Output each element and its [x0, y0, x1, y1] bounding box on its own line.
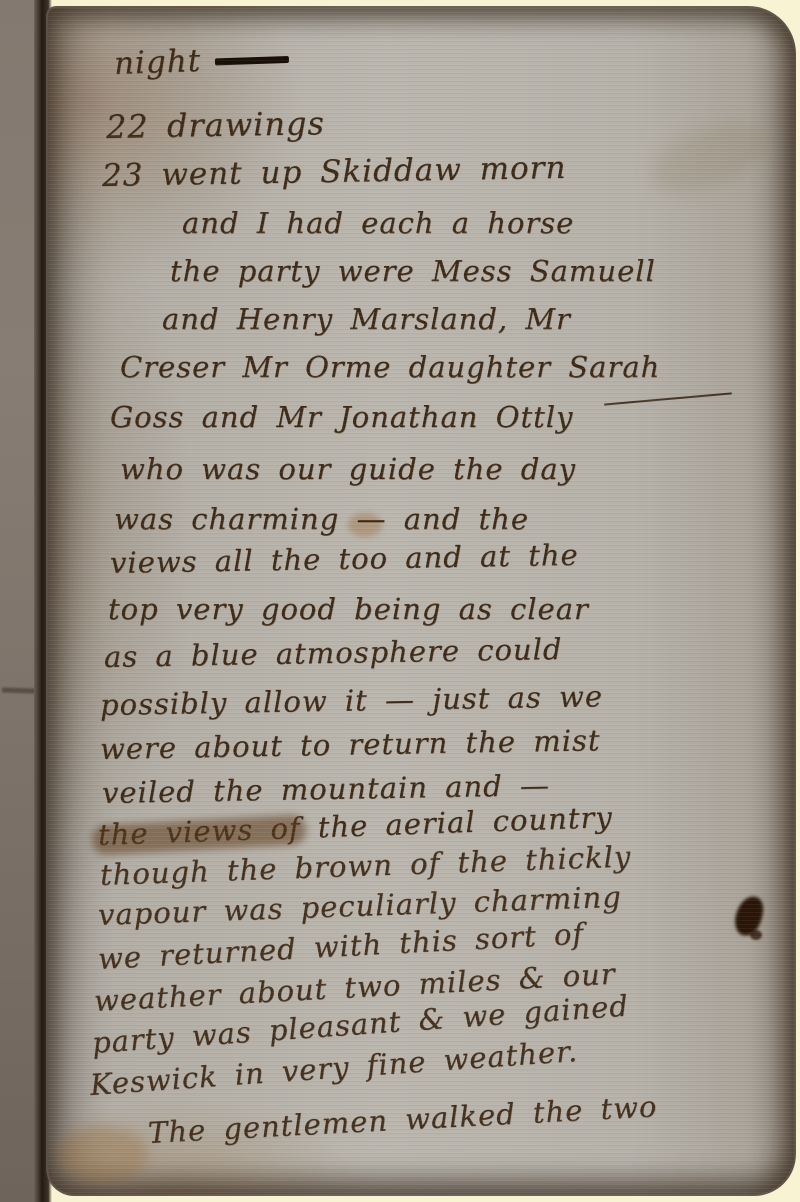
handwriting-line: 22 drawings: [106, 104, 326, 146]
handwriting-line: views all the too and at the: [110, 538, 579, 580]
handwriting-line: night: [113, 40, 289, 82]
journal-page: night 22 drawings 23 went up Skiddaw mor…: [46, 6, 796, 1196]
handwriting-line: Goss and Mr Jonathan Ottly: [110, 400, 573, 434]
ink-blot-small: [750, 930, 762, 940]
book-binding-cover: [0, 0, 36, 1202]
manuscript-photo: night 22 drawings 23 went up Skiddaw mor…: [0, 0, 800, 1202]
handwriting-line: were about to return the mist: [100, 723, 601, 766]
handwriting-line: and I had each a horse: [182, 206, 574, 240]
handwriting-line: who was our guide the day: [120, 452, 576, 486]
handwriting-line: 23 went up Skiddaw morn: [102, 150, 567, 194]
line-text: night: [113, 43, 201, 82]
binding-crack: [2, 687, 36, 693]
handwriting-line: the party were Mess Samuell: [170, 254, 656, 288]
overline-stroke: [604, 392, 732, 405]
heavy-dash-mark: [215, 56, 289, 66]
handwriting-line: as a blue atmosphere could: [104, 632, 563, 674]
corner-stain: [58, 1126, 148, 1182]
handwriting-line: was charming — and the: [114, 502, 529, 536]
handwriting-line: top very good being as clear: [108, 592, 589, 626]
handwriting-line: Creser Mr Orme daughter Sarah: [120, 350, 660, 384]
handwriting-line: and Henry Marsland, Mr: [162, 302, 571, 336]
handwriting-line: The gentlemen walked the two: [147, 1089, 658, 1150]
ink-blot: [732, 894, 766, 939]
faint-stain: [641, 109, 774, 206]
handwriting-line: possibly allow it — just as we: [100, 679, 604, 722]
